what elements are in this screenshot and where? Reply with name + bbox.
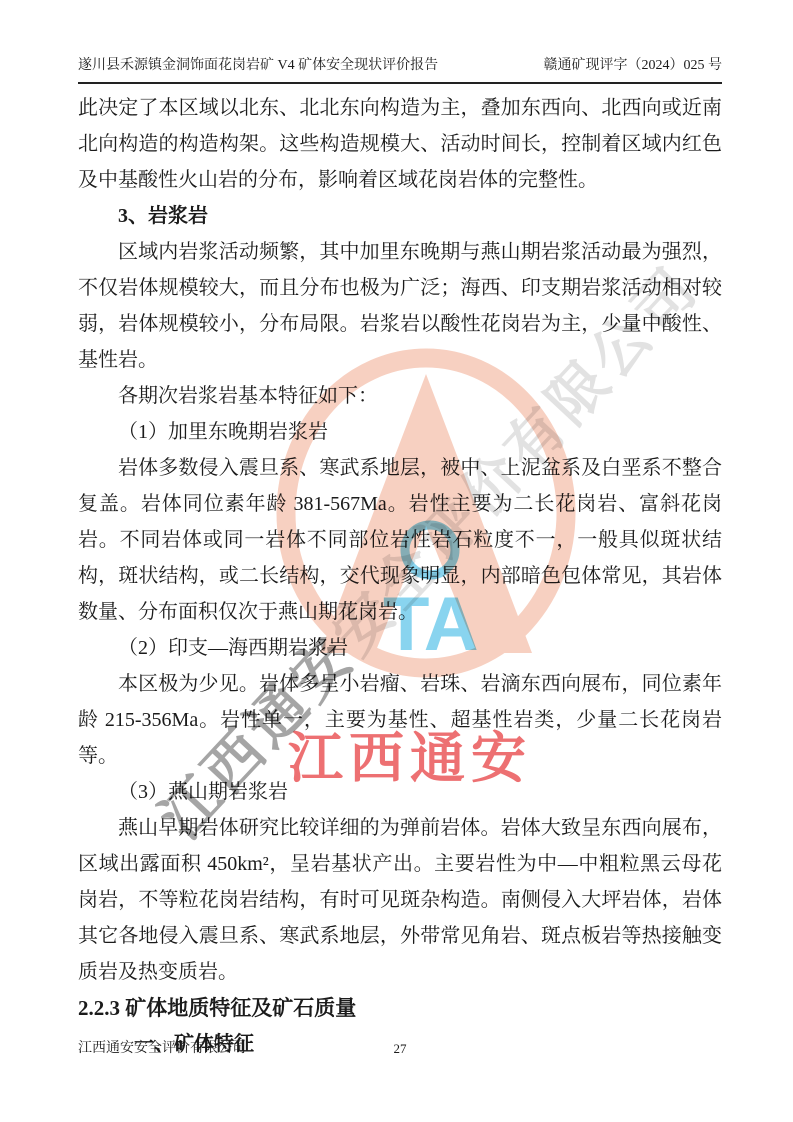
heading-magmatic-rock: 3、岩浆岩 [78, 198, 722, 234]
paragraph: 岩体多数侵入震旦系、寒武系地层，被中、上泥盆系及白垩系不整合复盖。岩体同位素年龄… [78, 450, 722, 630]
paragraph: 本区极为少见。岩体多呈小岩瘤、岩珠、岩滴东西向展布，同位素年龄 215-356M… [78, 666, 722, 774]
list-item-1: （1）加里东晚期岩浆岩 [78, 414, 722, 450]
document-body: 此决定了本区域以北东、北北东向构造为主，叠加东西向、北西向或近南北向构造的构造构… [78, 90, 722, 1062]
list-item-3: （3）燕山期岩浆岩 [78, 774, 722, 810]
page-footer: 江西通安安全评价有限公司 27 [78, 1038, 722, 1060]
document-number: 赣通矿现评字（2024）025 号 [544, 56, 723, 76]
page-header: 遂川县禾源镇金洞饰面花岗岩矿 V4 矿体安全现状评价报告 赣通矿现评字（2024… [78, 56, 722, 84]
section-heading-2-2-3: 2.2.3 矿体地质特征及矿石质量 [78, 990, 722, 1026]
page-number: 27 [78, 1038, 722, 1060]
document-page: 遂川县禾源镇金洞饰面花岗岩矿 V4 矿体安全现状评价报告 赣通矿现评字（2024… [0, 0, 793, 1122]
paragraph: 燕山早期岩体研究比较详细的为弹前岩体。岩体大致呈东西向展布，区域出露面积 450… [78, 810, 722, 990]
paragraph: 区域内岩浆活动频繁，其中加里东晚期与燕山期岩浆活动最为强烈，不仅岩体规模较大，而… [78, 234, 722, 378]
report-title: 遂川县禾源镇金洞饰面花岗岩矿 V4 矿体安全现状评价报告 [78, 56, 438, 76]
paragraph: 各期次岩浆岩基本特征如下： [78, 378, 722, 414]
paragraph: 此决定了本区域以北东、北北东向构造为主，叠加东西向、北西向或近南北向构造的构造构… [78, 90, 722, 198]
list-item-2: （2）印支—海西期岩浆岩 [78, 630, 722, 666]
